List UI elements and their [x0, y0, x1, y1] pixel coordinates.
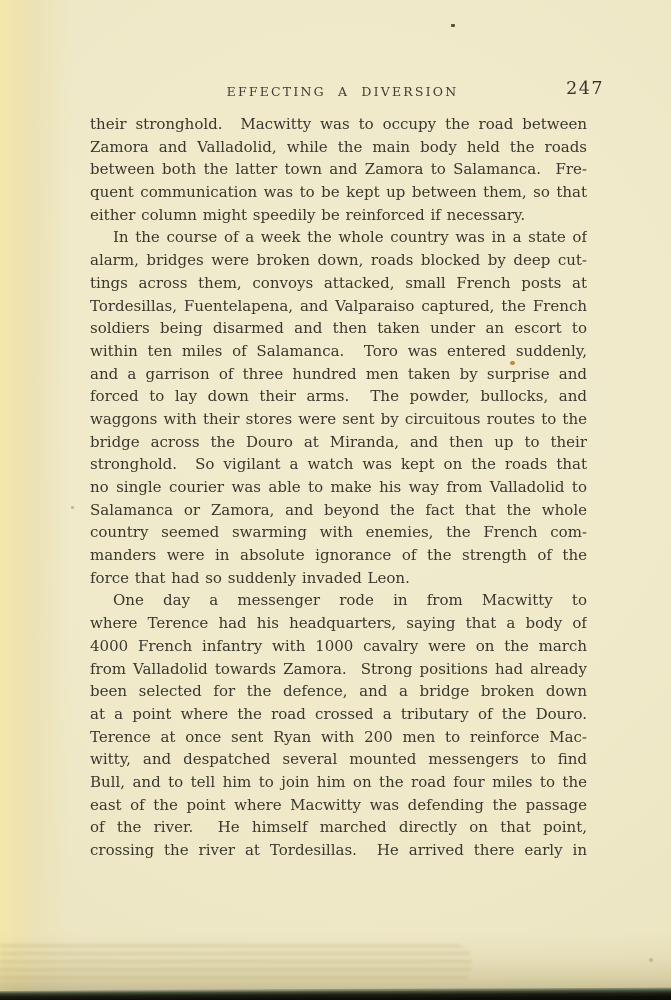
text-line: country seemed swarming with enemies, th…	[90, 521, 587, 544]
text-line: Salamanca or Zamora, and beyond the fact…	[90, 499, 587, 522]
text-line: Bull, and to tell him to join him on the…	[90, 771, 587, 794]
scan-edge-bottom	[0, 988, 671, 1000]
text-line: crossing the river at Tordesillas. He ar…	[90, 839, 587, 862]
book-page-scan: EFFECTING A DIVERSION 247 their strongho…	[0, 0, 671, 1000]
paragraph: In the course of a week the whole countr…	[90, 226, 587, 589]
text-line: One day a messenger rode in from Macwitt…	[90, 589, 587, 612]
text-line: been selected for the defence, and a bri…	[90, 680, 587, 703]
text-line: Terence at once sent Ryan with 200 men t…	[90, 726, 587, 749]
text-line: stronghold. So vigilant a watch was kept…	[90, 453, 587, 476]
text-line: 4000 French infantry with 1000 cavalry w…	[90, 635, 587, 658]
text-line: from Valladolid towards Zamora. Strong p…	[90, 658, 587, 681]
text-line: alarm, bridges were broken down, roads b…	[90, 249, 587, 272]
text-line: either column might speedily be reinforc…	[90, 204, 587, 227]
running-title: EFFECTING A DIVERSION	[227, 84, 459, 99]
text-line: at a point where the road crossed a trib…	[90, 703, 587, 726]
text-line: east of the point where Macwitty was def…	[90, 794, 587, 817]
text-line: between both the latter town and Zamora …	[90, 158, 587, 181]
page-curl-shadow	[0, 932, 671, 990]
page-header: EFFECTING A DIVERSION 247	[90, 79, 595, 101]
paragraph: One day a messenger rode in from Macwitt…	[90, 589, 587, 861]
text-line: tings across them, convoys attacked, sma…	[90, 272, 587, 295]
text-line: waggons with their stores were sent by c…	[90, 408, 587, 431]
page-edge-left	[0, 0, 72, 1000]
text-line: bridge across the Douro at Miranda, and …	[90, 431, 587, 454]
text-line: where Terence had his headquarters, sayi…	[90, 612, 587, 635]
text-line: Zamora and Valladolid, while the main bo…	[90, 136, 587, 159]
text-line: forced to lay down their arms. The powde…	[90, 385, 587, 408]
text-line: force that had so suddenly invaded Leon.	[90, 567, 587, 590]
ink-speck-top	[451, 24, 455, 27]
paper-speck-bottom-right	[649, 958, 653, 962]
scan-streaks	[0, 944, 472, 984]
text-line: In the course of a week the whole countr…	[90, 226, 587, 249]
text-line: witty, and despatched several mounted me…	[90, 748, 587, 771]
paper-speck-left	[71, 506, 74, 509]
text-line: no single courier was able to make his w…	[90, 476, 587, 499]
text-line: within ten miles of Salamanca. Toro was …	[90, 340, 587, 363]
text-line: quent communication was to be kept up be…	[90, 181, 587, 204]
text-line: their stronghold. Macwitty was to occupy…	[90, 113, 587, 136]
text-line: and a garrison of three hundred men take…	[90, 363, 587, 386]
text-line: soldiers being disarmed and then taken u…	[90, 317, 587, 340]
text-line: Tordesillas, Fuentelapena, and Valparais…	[90, 295, 587, 318]
page-number: 247	[566, 79, 604, 99]
page-body: their stronghold. Macwitty was to occupy…	[90, 113, 587, 862]
text-line: of the river. He himself marched directl…	[90, 816, 587, 839]
text-line: manders were in absolute ignorance of th…	[90, 544, 587, 567]
paragraph: their stronghold. Macwitty was to occupy…	[90, 113, 587, 226]
